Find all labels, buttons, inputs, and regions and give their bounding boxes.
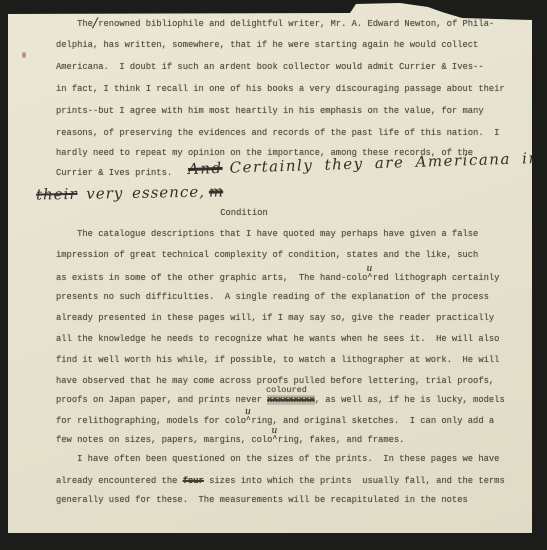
pen-slash-mark: ∕ bbox=[93, 18, 98, 30]
typed-line-02: delphia, has written, somewhere, that if… bbox=[56, 39, 478, 51]
typed-line-13: as exists in some of the other graphic a… bbox=[56, 270, 499, 284]
typed-line-19-left: proofs on Japan paper, and prints never bbox=[56, 395, 267, 405]
typed-line-21-left: few notes on sizes, papers, margins, col… bbox=[56, 435, 272, 445]
typed-line-20-right: ring, and original sketches. I can only … bbox=[251, 416, 494, 426]
typed-line-23-left: already encountered the bbox=[56, 476, 183, 486]
typed-line-19-right: , as well as, if he is lucky, models bbox=[315, 395, 505, 405]
typed-line-23: already encountered the four sizes into … bbox=[56, 475, 505, 487]
typed-line-08: Currier & Ives prints. bbox=[56, 167, 172, 179]
obliterated-typed-word: xxxxxxxxx bbox=[267, 395, 315, 405]
typed-line-21-right: ring, fakes, and frames. bbox=[278, 435, 405, 445]
handwritten-end-scratch: m bbox=[209, 182, 224, 200]
typed-line-15: already presented in these pages will, i… bbox=[56, 312, 494, 324]
typed-line-06: reasons, of preserving the evidences and… bbox=[56, 127, 499, 139]
typed-line-11: The catalogue descriptions that I have q… bbox=[56, 228, 478, 240]
typed-line-16: all the knowledge he needs to recognize … bbox=[56, 333, 499, 345]
typed-line-21: few notes on sizes, papers, margins, col… bbox=[56, 432, 404, 446]
ink-speck bbox=[22, 52, 26, 58]
typed-line-04: in fact, I think I recall in one of his … bbox=[56, 83, 505, 95]
typed-line-24: generally used for these. The measuremen… bbox=[56, 494, 468, 506]
typed-line-03: Americana. I doubt if such an ardent boo… bbox=[56, 61, 484, 73]
handwritten-struck-word-and: And bbox=[188, 159, 223, 178]
typed-line-13-right: red lithograph certainly bbox=[373, 273, 500, 283]
typed-line-01-rest: renowned bibliophile and delightful writ… bbox=[98, 19, 494, 29]
typed-line-22: I have often been questioned on the size… bbox=[56, 453, 499, 465]
typed-line-12: impression of great technical complexity… bbox=[56, 249, 478, 261]
typed-line-17: find it well worth his while, if possibl… bbox=[56, 354, 499, 366]
typed-line-01: The∕renowned bibliophile and delightful … bbox=[56, 17, 494, 30]
typed-line-23-right: sizes into which the prints usually fall… bbox=[204, 476, 505, 486]
typed-line-20-left: for relithographing, models for colo bbox=[56, 416, 246, 426]
typed-line-05: prints--but I agree with him most hearti… bbox=[56, 105, 484, 117]
photo-background: { "colors": { "background": "#1c1c1a", "… bbox=[0, 0, 547, 550]
typed-line-19: proofs on Japan paper, and prints never … bbox=[56, 394, 505, 406]
struck-typed-word-four: four bbox=[183, 476, 204, 486]
inserted-u-annotation-1: u^ bbox=[367, 270, 372, 280]
inserted-u-annotation-3: u^ bbox=[272, 432, 277, 442]
handwritten-very-essence-text: very essence, bbox=[77, 183, 205, 203]
handwritten-scribbled-their: their bbox=[36, 185, 78, 204]
inserted-u-annotation-2: u^ bbox=[246, 413, 251, 423]
typed-line-14: presents no such difficulties. A single … bbox=[56, 291, 489, 303]
typed-line-01-indent-text: The bbox=[56, 19, 93, 29]
handwritten-annotation-line2: their very essence,m bbox=[36, 182, 223, 203]
manuscript-page: The∕renowned bibliophile and delightful … bbox=[8, 3, 532, 533]
section-heading-condition: Condition bbox=[56, 207, 432, 219]
typed-line-13-left: as exists in some of the other graphic a… bbox=[56, 273, 367, 283]
